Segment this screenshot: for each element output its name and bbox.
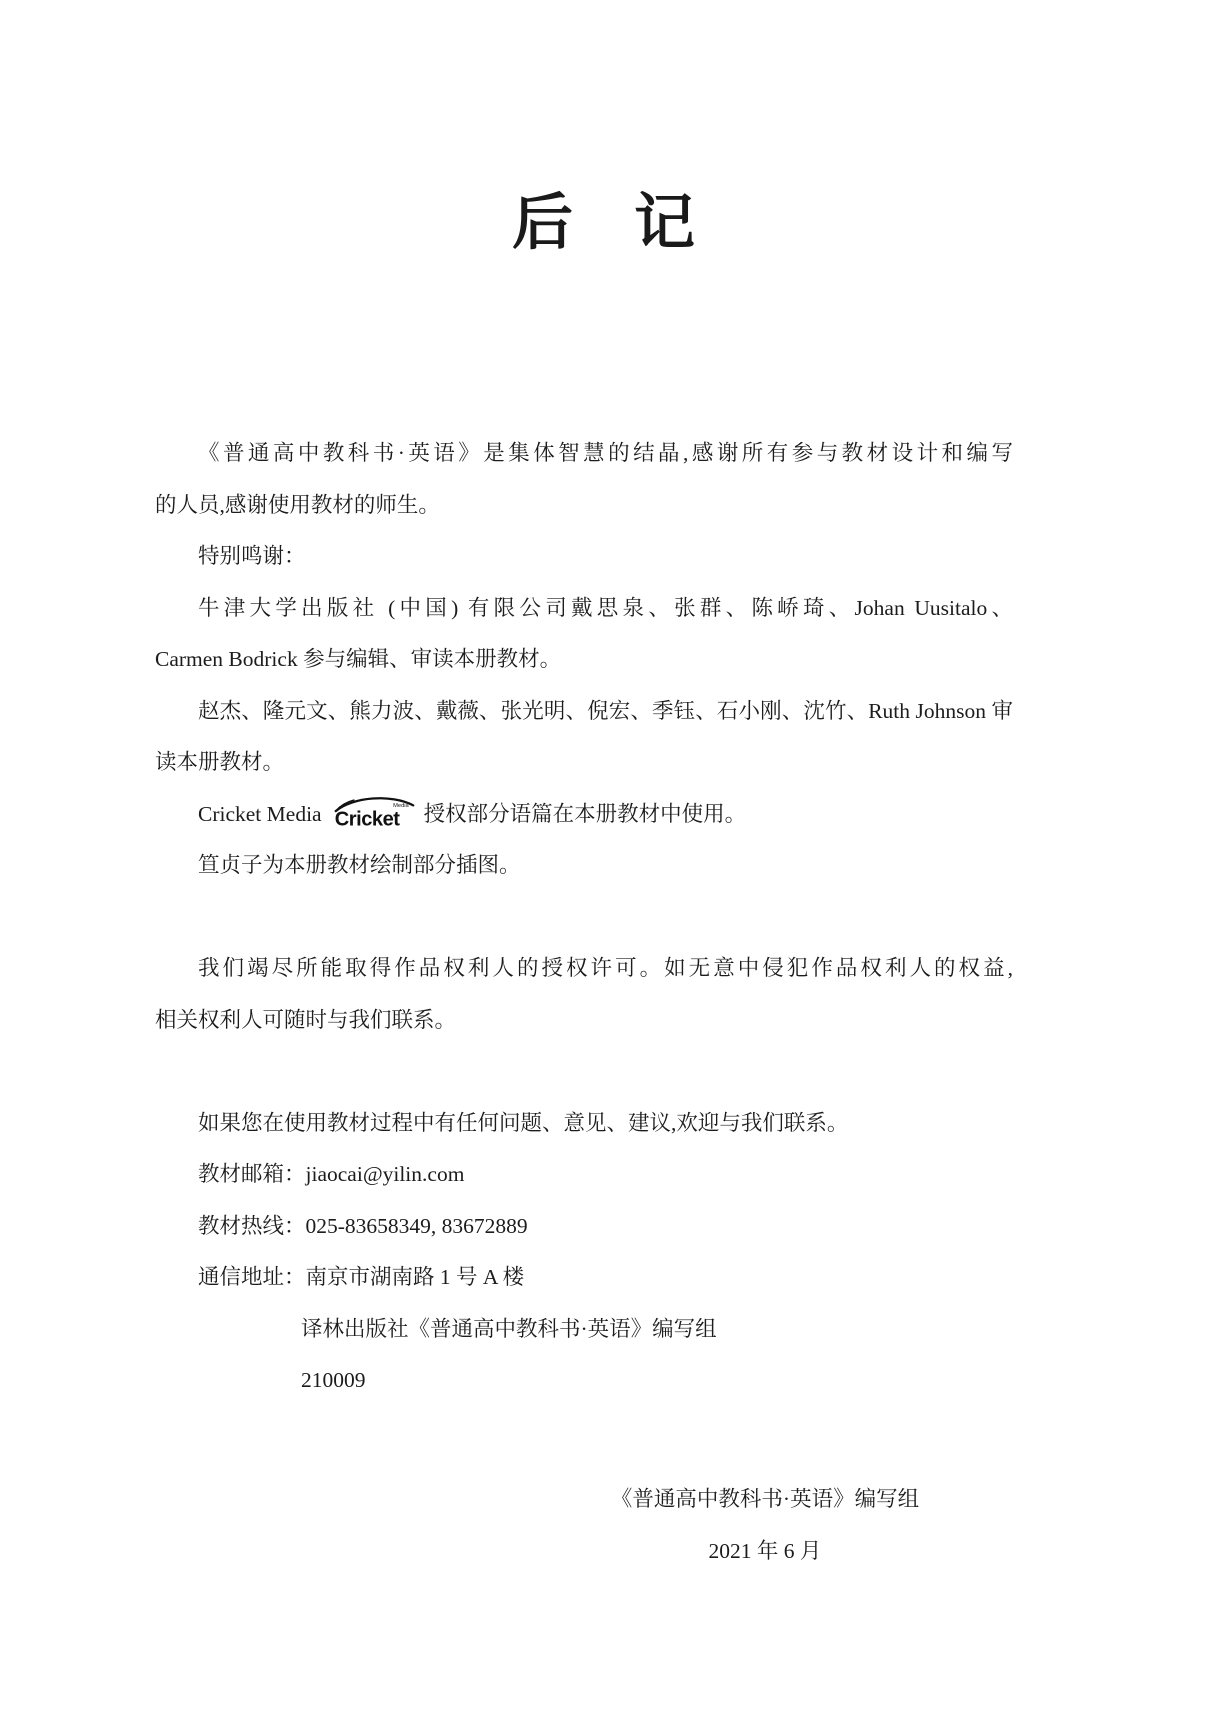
address-label: 通信地址： [198, 1265, 306, 1289]
email-label: 教材邮箱： [198, 1162, 306, 1186]
email-line: 教材邮箱：jiaocai@yilin.com [155, 1149, 1013, 1201]
signature-block: 《普通高中教科书·英语》编写组 2021 年 6 月 [611, 1474, 919, 1577]
cricket-wordmark: Cricket [334, 808, 400, 830]
paragraph-line: 读本册教材。 [155, 737, 1013, 789]
address-line-2: 译林出版社《普通高中教科书·英语》编写组 [301, 1304, 1013, 1356]
page-title: 后 记 [0, 193, 1207, 254]
address-line: 通信地址：南京市湖南路 1 号 A 楼 [155, 1252, 1013, 1304]
paragraph-line: 相关权利人可随时与我们联系。 [155, 995, 1013, 1047]
paragraph-line: 《普通高中教科书·英语》是集体智慧的结晶,感谢所有参与教材设计和编写 [155, 428, 1013, 480]
contact-intro-line: 如果您在使用教材过程中有任何问题、意见、建议,欢迎与我们联系。 [155, 1098, 1013, 1150]
special-thanks-heading: 特别鸣谢： [155, 531, 1013, 583]
paragraph-line: Carmen Bodrick 参与编辑、审读本册教材。 [155, 634, 1013, 686]
paragraph-line: 我们竭尽所能取得作品权利人的授权许可。如无意中侵犯作品权利人的权益, [155, 943, 1013, 995]
date-line: 2021 年 6 月 [611, 1526, 919, 1578]
illustrator-line: 笪贞子为本册教材绘制部分插图。 [155, 840, 1013, 892]
paragraph-line: 的人员,感谢使用教材的师生。 [155, 480, 1013, 532]
hotline-label: 教材热线： [198, 1214, 306, 1238]
body-text: 《普通高中教科书·英语》是集体智慧的结晶,感谢所有参与教材设计和编写 的人员,感… [155, 428, 1013, 1407]
media-wordmark: Media [393, 803, 409, 809]
signature-line: 《普通高中教科书·英语》编写组 [611, 1474, 919, 1526]
hotline-line: 教材热线：025-83658349, 83672889 [155, 1201, 1013, 1253]
address-value: 南京市湖南路 1 号 A 楼 [306, 1265, 525, 1289]
cricket-media-line: Cricket Media Cricket Media 授权部分语篇在本册教材中… [155, 789, 1013, 841]
email-value: jiaocai@yilin.com [306, 1162, 465, 1186]
paragraph-line: 牛津大学出版社 (中国) 有限公司戴思泉、张群、陈峤琦、Johan Uusita… [155, 583, 1013, 635]
cricket-media-logo-icon: Cricket Media [330, 794, 418, 832]
cricket-license-text: 授权部分语篇在本册教材中使用。 [424, 802, 747, 826]
paragraph-line: 赵杰、隆元文、熊力波、戴薇、张光明、倪宏、季钰、石小刚、沈竹、Ruth John… [155, 686, 1013, 738]
hotline-value: 025-83658349, 83672889 [306, 1214, 528, 1238]
address-line-3: 210009 [301, 1355, 1013, 1407]
cricket-media-text: Cricket Media [198, 802, 322, 826]
afterword-page: 后 记 《普通高中教科书·英语》是集体智慧的结晶,感谢所有参与教材设计和编写 的… [0, 0, 1207, 1717]
